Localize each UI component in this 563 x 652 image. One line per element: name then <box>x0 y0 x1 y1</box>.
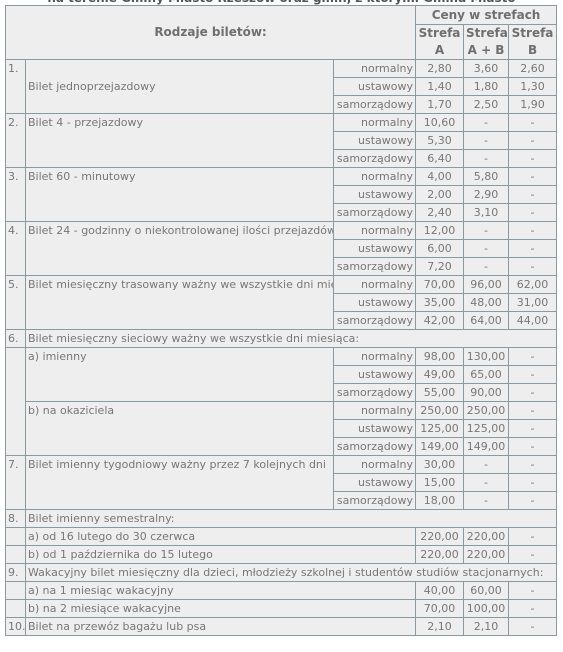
ticket-subname: a) imienny <box>26 348 334 402</box>
row-number: 5. <box>6 276 26 330</box>
row-number: 4. <box>6 222 26 276</box>
table-row: 8.Bilet imienny semestralny: <box>6 510 557 528</box>
price-zone-ab: - <box>464 474 509 492</box>
price-zone-ab: 220,00 <box>464 528 509 546</box>
price-zone-ab: 3,10 <box>464 204 509 222</box>
price-zone-ab: 220,00 <box>464 546 509 564</box>
price-zone-b: - <box>509 420 557 438</box>
table-row: 7.Bilet imienny tygodniowy ważny przez 7… <box>6 456 557 474</box>
ticket-price-table: Rodzaje biletów: Ceny w strefach StrefaA… <box>5 5 557 636</box>
price-zone-b: - <box>509 402 557 420</box>
ticket-name: Wakacyjny bilet miesięczny dla dzieci, m… <box>26 564 557 582</box>
price-zone-ab: 125,00 <box>464 420 509 438</box>
table-row: b) na okazicielanormalny250,00250,00- <box>6 402 557 420</box>
fare-type: normalny <box>334 276 416 294</box>
table-row: b) na 2 miesiące wakacyjne70,00100,00- <box>6 600 557 618</box>
table-row: 2.Bilet 4 - przejazdowynormalny10,60-- <box>6 114 557 132</box>
price-zone-b: - <box>509 582 557 600</box>
table-row: 4.Bilet 24 - godzinny o niekontrolowanej… <box>6 222 557 240</box>
price-zone-ab: - <box>464 240 509 258</box>
price-zone-a: 55,00 <box>416 384 464 402</box>
fare-type: samorządowy <box>334 384 416 402</box>
price-zone-ab: 2,10 <box>464 618 509 636</box>
price-zone-a: 49,00 <box>416 366 464 384</box>
price-zone-b: - <box>509 384 557 402</box>
price-zone-ab: - <box>464 222 509 240</box>
row-number: 1. <box>6 60 26 114</box>
price-zone-ab: 65,00 <box>464 366 509 384</box>
row-number-empty <box>6 600 26 618</box>
fare-type: normalny <box>334 222 416 240</box>
price-zone-a: 70,00 <box>416 600 464 618</box>
ticket-subname: b) od 1 października do 15 lutego <box>26 546 416 564</box>
zone-a-header: StrefaA <box>416 25 464 60</box>
fare-type: ustawowy <box>334 240 416 258</box>
price-zone-ab: 90,00 <box>464 384 509 402</box>
price-zone-ab: 64,00 <box>464 312 509 330</box>
fare-type: ustawowy <box>334 420 416 438</box>
ticket-name: Bilet jednoprzejazdowy <box>26 60 334 114</box>
price-zone-a: 1,70 <box>416 96 464 114</box>
price-zone-ab: 5,80 <box>464 168 509 186</box>
row-number: 6. <box>6 330 26 348</box>
row-number: 2. <box>6 114 26 168</box>
zone-b-header: StrefaB <box>509 25 557 60</box>
fare-type: ustawowy <box>334 132 416 150</box>
price-zone-a: 15,00 <box>416 474 464 492</box>
price-zone-ab: - <box>464 492 509 510</box>
price-zone-b: - <box>509 492 557 510</box>
price-zone-a: 2,80 <box>416 60 464 78</box>
ticket-subname: a) na 1 miesiąc wakacyjny <box>26 582 416 600</box>
price-zone-ab: 100,00 <box>464 600 509 618</box>
price-zone-a: 125,00 <box>416 420 464 438</box>
ticket-name: Bilet imienny tygodniowy ważny przez 7 k… <box>26 456 334 510</box>
price-zone-a: 2,00 <box>416 186 464 204</box>
fare-type: normalny <box>334 456 416 474</box>
price-zone-b: - <box>509 546 557 564</box>
table-row: a) imiennynormalny98,00130,00- <box>6 348 557 366</box>
price-zone-ab: 96,00 <box>464 276 509 294</box>
row-number: 10. <box>6 618 26 636</box>
fare-type: samorządowy <box>334 312 416 330</box>
ticket-name: Bilet miesięczny trasowany ważny we wszy… <box>26 276 334 330</box>
prices-in-zones-header: Ceny w strefach <box>416 6 557 25</box>
price-zone-a: 42,00 <box>416 312 464 330</box>
fare-type: normalny <box>334 168 416 186</box>
price-zone-b: - <box>509 258 557 276</box>
price-zone-ab: 130,00 <box>464 348 509 366</box>
fare-type: ustawowy <box>334 474 416 492</box>
price-zone-ab: 1,80 <box>464 78 509 96</box>
price-zone-b: 44,00 <box>509 312 557 330</box>
price-zone-ab: 2,90 <box>464 186 509 204</box>
price-zone-b: 1,30 <box>509 78 557 96</box>
ticket-price-body: 1.Bilet jednoprzejazdowynormalny2,803,60… <box>6 60 557 636</box>
row-number-empty <box>6 582 26 600</box>
fare-type: normalny <box>334 60 416 78</box>
price-zone-b: 62,00 <box>509 276 557 294</box>
price-zone-a: 18,00 <box>416 492 464 510</box>
price-zone-ab: - <box>464 132 509 150</box>
table-row: 5.Bilet miesięczny trasowany ważny we ws… <box>6 276 557 294</box>
price-zone-ab: 250,00 <box>464 402 509 420</box>
fare-type: normalny <box>334 348 416 366</box>
price-zone-a: 40,00 <box>416 582 464 600</box>
table-row: 3.Bilet 60 - minutowynormalny4,005,80- <box>6 168 557 186</box>
ticket-subname: b) na okaziciela <box>26 402 334 456</box>
fare-type: normalny <box>334 114 416 132</box>
row-number: 9. <box>6 564 26 582</box>
price-zone-ab: 60,00 <box>464 582 509 600</box>
price-zone-a: 30,00 <box>416 456 464 474</box>
ticket-name: Bilet 60 - minutowy <box>26 168 334 222</box>
table-row: a) na 1 miesiąc wakacyjny40,0060,00- <box>6 582 557 600</box>
price-zone-a: 220,00 <box>416 546 464 564</box>
price-zone-a: 10,60 <box>416 114 464 132</box>
price-zone-b: - <box>509 366 557 384</box>
price-zone-b: - <box>509 168 557 186</box>
price-zone-a: 35,00 <box>416 294 464 312</box>
price-zone-b: - <box>509 456 557 474</box>
table-row: 6.Bilet miesięczny sieciowy ważny we wsz… <box>6 330 557 348</box>
price-zone-ab: 3,60 <box>464 60 509 78</box>
price-zone-b: - <box>509 114 557 132</box>
table-row: 1.Bilet jednoprzejazdowynormalny2,803,60… <box>6 60 557 78</box>
price-zone-b: - <box>509 528 557 546</box>
price-zone-a: 4,00 <box>416 168 464 186</box>
price-zone-a: 1,40 <box>416 78 464 96</box>
price-zone-b: - <box>509 438 557 456</box>
zone-ab-header: StrefaA + B <box>464 25 509 60</box>
price-zone-ab: - <box>464 150 509 168</box>
fare-type: samorządowy <box>334 258 416 276</box>
price-zone-b: 1,90 <box>509 96 557 114</box>
ticket-subname: b) na 2 miesiące wakacyjne <box>26 600 416 618</box>
fare-type: normalny <box>334 402 416 420</box>
price-zone-a: 2,10 <box>416 618 464 636</box>
fare-type: samorządowy <box>334 438 416 456</box>
price-zone-a: 5,30 <box>416 132 464 150</box>
price-zone-ab: 149,00 <box>464 438 509 456</box>
price-zone-b: - <box>509 240 557 258</box>
fare-type: ustawowy <box>334 186 416 204</box>
price-zone-b: - <box>509 150 557 168</box>
fare-type: ustawowy <box>334 294 416 312</box>
price-zone-b: - <box>509 600 557 618</box>
ticket-name: Bilet 4 - przejazdowy <box>26 114 334 168</box>
fare-type: samorządowy <box>334 150 416 168</box>
price-zone-b: 2,60 <box>509 60 557 78</box>
price-zone-b: - <box>509 618 557 636</box>
price-zone-b: - <box>509 132 557 150</box>
ticket-name: Bilet na przewóz bagażu lub psa <box>26 618 416 636</box>
price-zone-a: 149,00 <box>416 438 464 456</box>
price-zone-a: 220,00 <box>416 528 464 546</box>
price-zone-a: 7,20 <box>416 258 464 276</box>
ticket-subname: a) od 16 lutego do 30 czerwca <box>26 528 416 546</box>
row-number-empty <box>6 348 26 456</box>
price-zone-a: 6,40 <box>416 150 464 168</box>
fare-type: samorządowy <box>334 204 416 222</box>
row-number: 7. <box>6 456 26 510</box>
ticket-name: Bilet imienny semestralny: <box>26 510 557 528</box>
table-row: 10.Bilet na przewóz bagażu lub psa2,102,… <box>6 618 557 636</box>
ticket-name: Bilet 24 - godzinny o niekontrolowanej i… <box>26 222 334 276</box>
row-number-empty <box>6 528 26 546</box>
price-zone-b: - <box>509 186 557 204</box>
price-zone-b: 31,00 <box>509 294 557 312</box>
price-zone-a: 2,40 <box>416 204 464 222</box>
price-zone-ab: - <box>464 258 509 276</box>
price-zone-ab: 2,50 <box>464 96 509 114</box>
price-zone-a: 250,00 <box>416 402 464 420</box>
price-zone-a: 70,00 <box>416 276 464 294</box>
fare-type: samorządowy <box>334 96 416 114</box>
table-row: a) od 16 lutego do 30 czerwca220,00220,0… <box>6 528 557 546</box>
row-number: 8. <box>6 510 26 528</box>
price-zone-ab: 48,00 <box>464 294 509 312</box>
price-zone-b: - <box>509 204 557 222</box>
fare-type: samorządowy <box>334 492 416 510</box>
table-row: 9.Wakacyjny bilet miesięczny dla dzieci,… <box>6 564 557 582</box>
price-zone-a: 12,00 <box>416 222 464 240</box>
price-zone-ab: - <box>464 456 509 474</box>
table-row: b) od 1 października do 15 lutego220,002… <box>6 546 557 564</box>
row-number: 3. <box>6 168 26 222</box>
price-zone-b: - <box>509 222 557 240</box>
fare-type: ustawowy <box>334 366 416 384</box>
price-zone-a: 98,00 <box>416 348 464 366</box>
price-zone-b: - <box>509 348 557 366</box>
fare-type: ustawowy <box>334 78 416 96</box>
price-zone-ab: - <box>464 114 509 132</box>
ticket-name: Bilet miesięczny sieciowy ważny we wszys… <box>26 330 557 348</box>
row-number-empty <box>6 546 26 564</box>
ticket-types-header: Rodzaje biletów: <box>6 6 416 60</box>
price-zone-a: 6,00 <box>416 240 464 258</box>
price-zone-b: - <box>509 474 557 492</box>
